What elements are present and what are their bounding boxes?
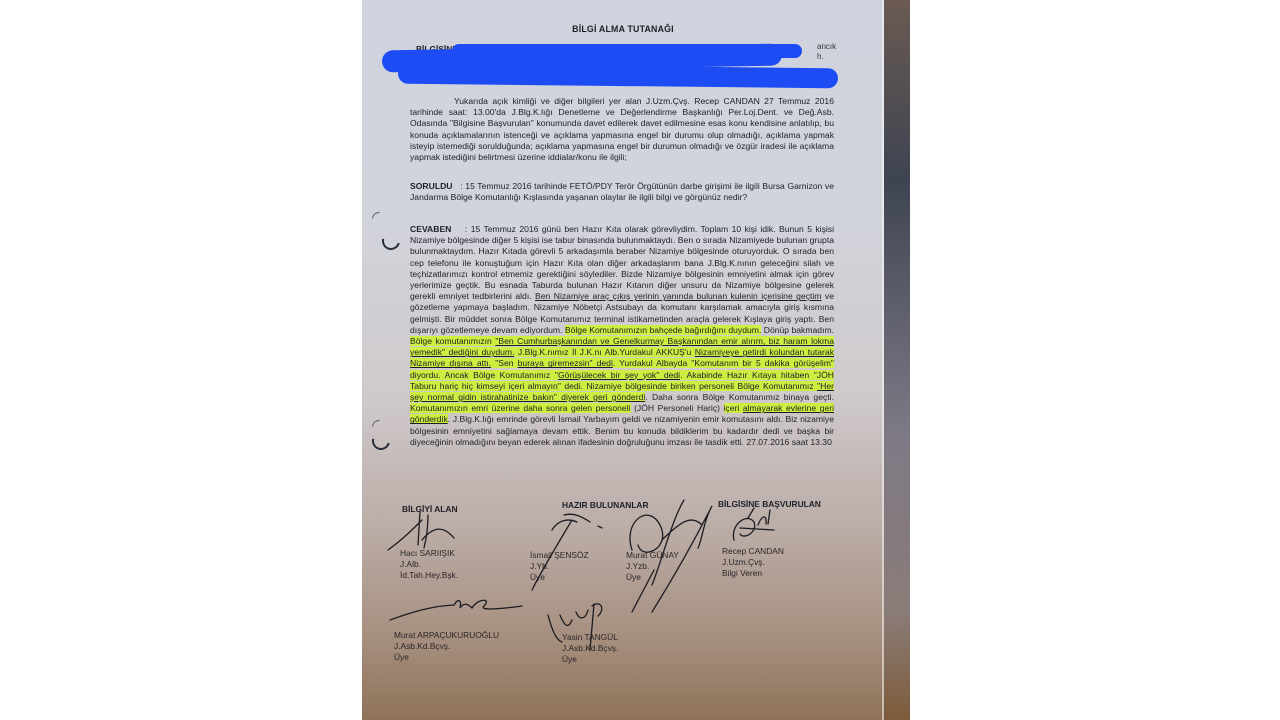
document-page: BİLGİ ALMA TUTANAĞI BİLGİSİNE BA ancık h… [362,0,884,720]
document-photo: BİLGİ ALMA TUTANAĞI BİLGİSİNE BA ancık h… [362,0,910,720]
handwritten-signatures [362,0,884,720]
background-table-surface [884,0,910,720]
